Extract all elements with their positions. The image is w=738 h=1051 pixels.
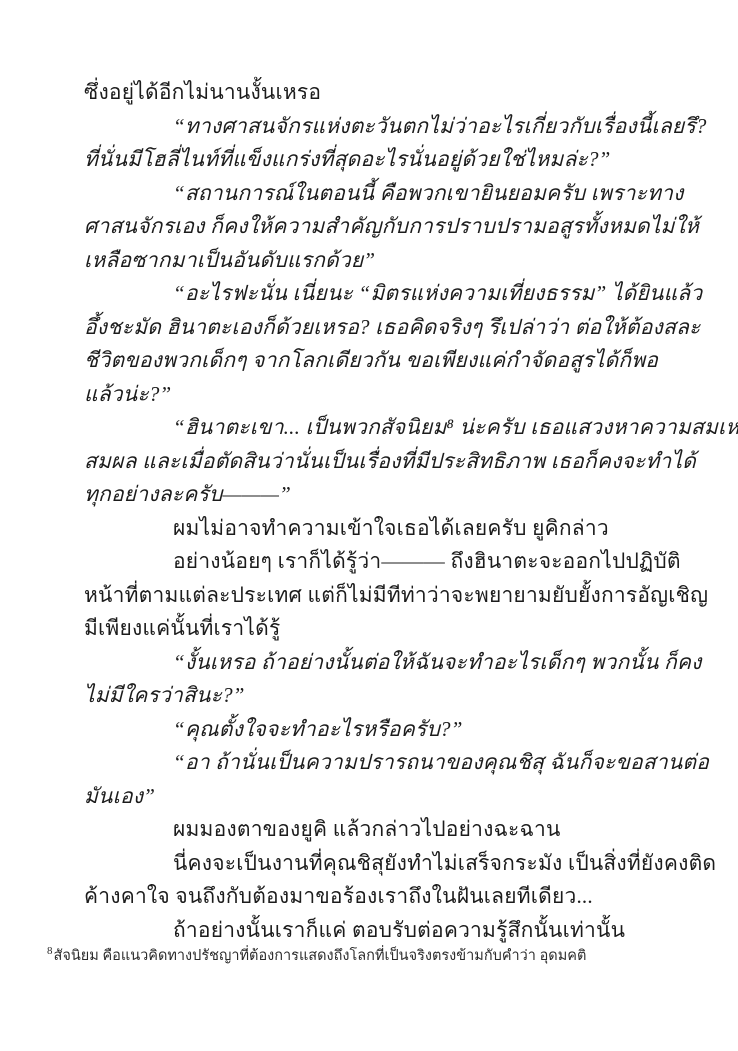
text-line: “ทางศาสนจักรแห่งตะวันตกไม่ว่าอะไรเกี่ยวก… xyxy=(84,110,660,144)
text-line: นี่คงจะเป็นงานที่คุณชิสุยังทำไม่เสร็จกระ… xyxy=(84,847,660,881)
text-line: อย่างน้อยๆ เราก็ได้รู้ว่า——— ถึงฮินาตะจะ… xyxy=(84,545,660,579)
text-line: ที่นั่นมีโฮลี่ไนท์ที่แข็งแกร่งที่สุดอะไร… xyxy=(84,143,660,177)
text-line: “อา ถ้านั่นเป็นความปรารถนาของคุณชิสุ ฉัน… xyxy=(84,746,660,780)
text-line: ศาสนจักรเอง ก็คงให้ความสำคัญกับการปราบปร… xyxy=(84,210,660,244)
book-page: ซึ่งอยู่ได้อีกไม่นานงั้นเหรอ“ทางศาสนจักร… xyxy=(0,0,738,1051)
text-line: “ฮินาตะเขา... เป็นพวกสัจนิยม⁸ น่ะครับ เธ… xyxy=(84,411,660,445)
text-line: สมผล และเมื่อตัดสินว่านั่นเป็นเรื่องที่ม… xyxy=(84,445,660,479)
text-line: มันเอง” xyxy=(84,780,660,814)
text-line: “คุณตั้งใจจะทำอะไรหรือครับ?” xyxy=(84,713,660,747)
text-line: หน้าที่ตามแต่ละประเทศ แต่ก็ไม่มีทีท่าว่า… xyxy=(84,579,660,613)
text-line: ผมไม่อาจทำความเข้าใจเธอได้เลยครับ ยูคิกล… xyxy=(84,512,660,546)
text-line: ชีวิตของพวกเด็กๆ จากโลกเดียวกัน ขอเพียงแ… xyxy=(84,344,660,378)
text-line: อึ้งชะมัด ฮินาตะเองก็ด้วยเหรอ? เธอคิดจริ… xyxy=(84,311,660,345)
footnote-text: สัจนิยม คือแนวคิดทางปรัชญาที่ต้องการแสดง… xyxy=(54,948,587,964)
text-line: “สถานการณ์ในตอนนี้ คือพวกเขายินยอมครับ เ… xyxy=(84,177,660,211)
text-line: “อะไรฟะนั่น เนี่ยนะ “มิตรแห่งความเที่ยงธ… xyxy=(84,277,660,311)
page-text: ซึ่งอยู่ได้อีกไม่นานงั้นเหรอ“ทางศาสนจักร… xyxy=(84,76,660,947)
text-line: แล้วน่ะ?” xyxy=(84,378,660,412)
text-line: ทุกอย่างละครับ———” xyxy=(84,478,660,512)
text-line: ผมมองตาของยูคิ แล้วกล่าวไปอย่างฉะฉาน xyxy=(84,813,660,847)
text-line: ซึ่งอยู่ได้อีกไม่นานงั้นเหรอ xyxy=(84,76,660,110)
text-line: เหลือซากมาเป็นอันดับแรกด้วย” xyxy=(84,244,660,278)
text-line: ค้างคาใจ จนถึงกับต้องมาขอร้องเราถึงในฝัน… xyxy=(84,880,660,914)
text-line: “งั้นเหรอ ถ้าอย่างนั้นต่อให้ฉันจะทำอะไรเ… xyxy=(84,646,660,680)
footnote: 8สัจนิยม คือแนวคิดทางปรัชญาที่ต้องการแสด… xyxy=(47,941,586,966)
text-line: ไม่มีใครว่าสินะ?” xyxy=(84,679,660,713)
footnote-marker: 8 xyxy=(47,945,53,957)
text-line: มีเพียงแค่นั้นที่เราได้รู้ xyxy=(84,612,660,646)
